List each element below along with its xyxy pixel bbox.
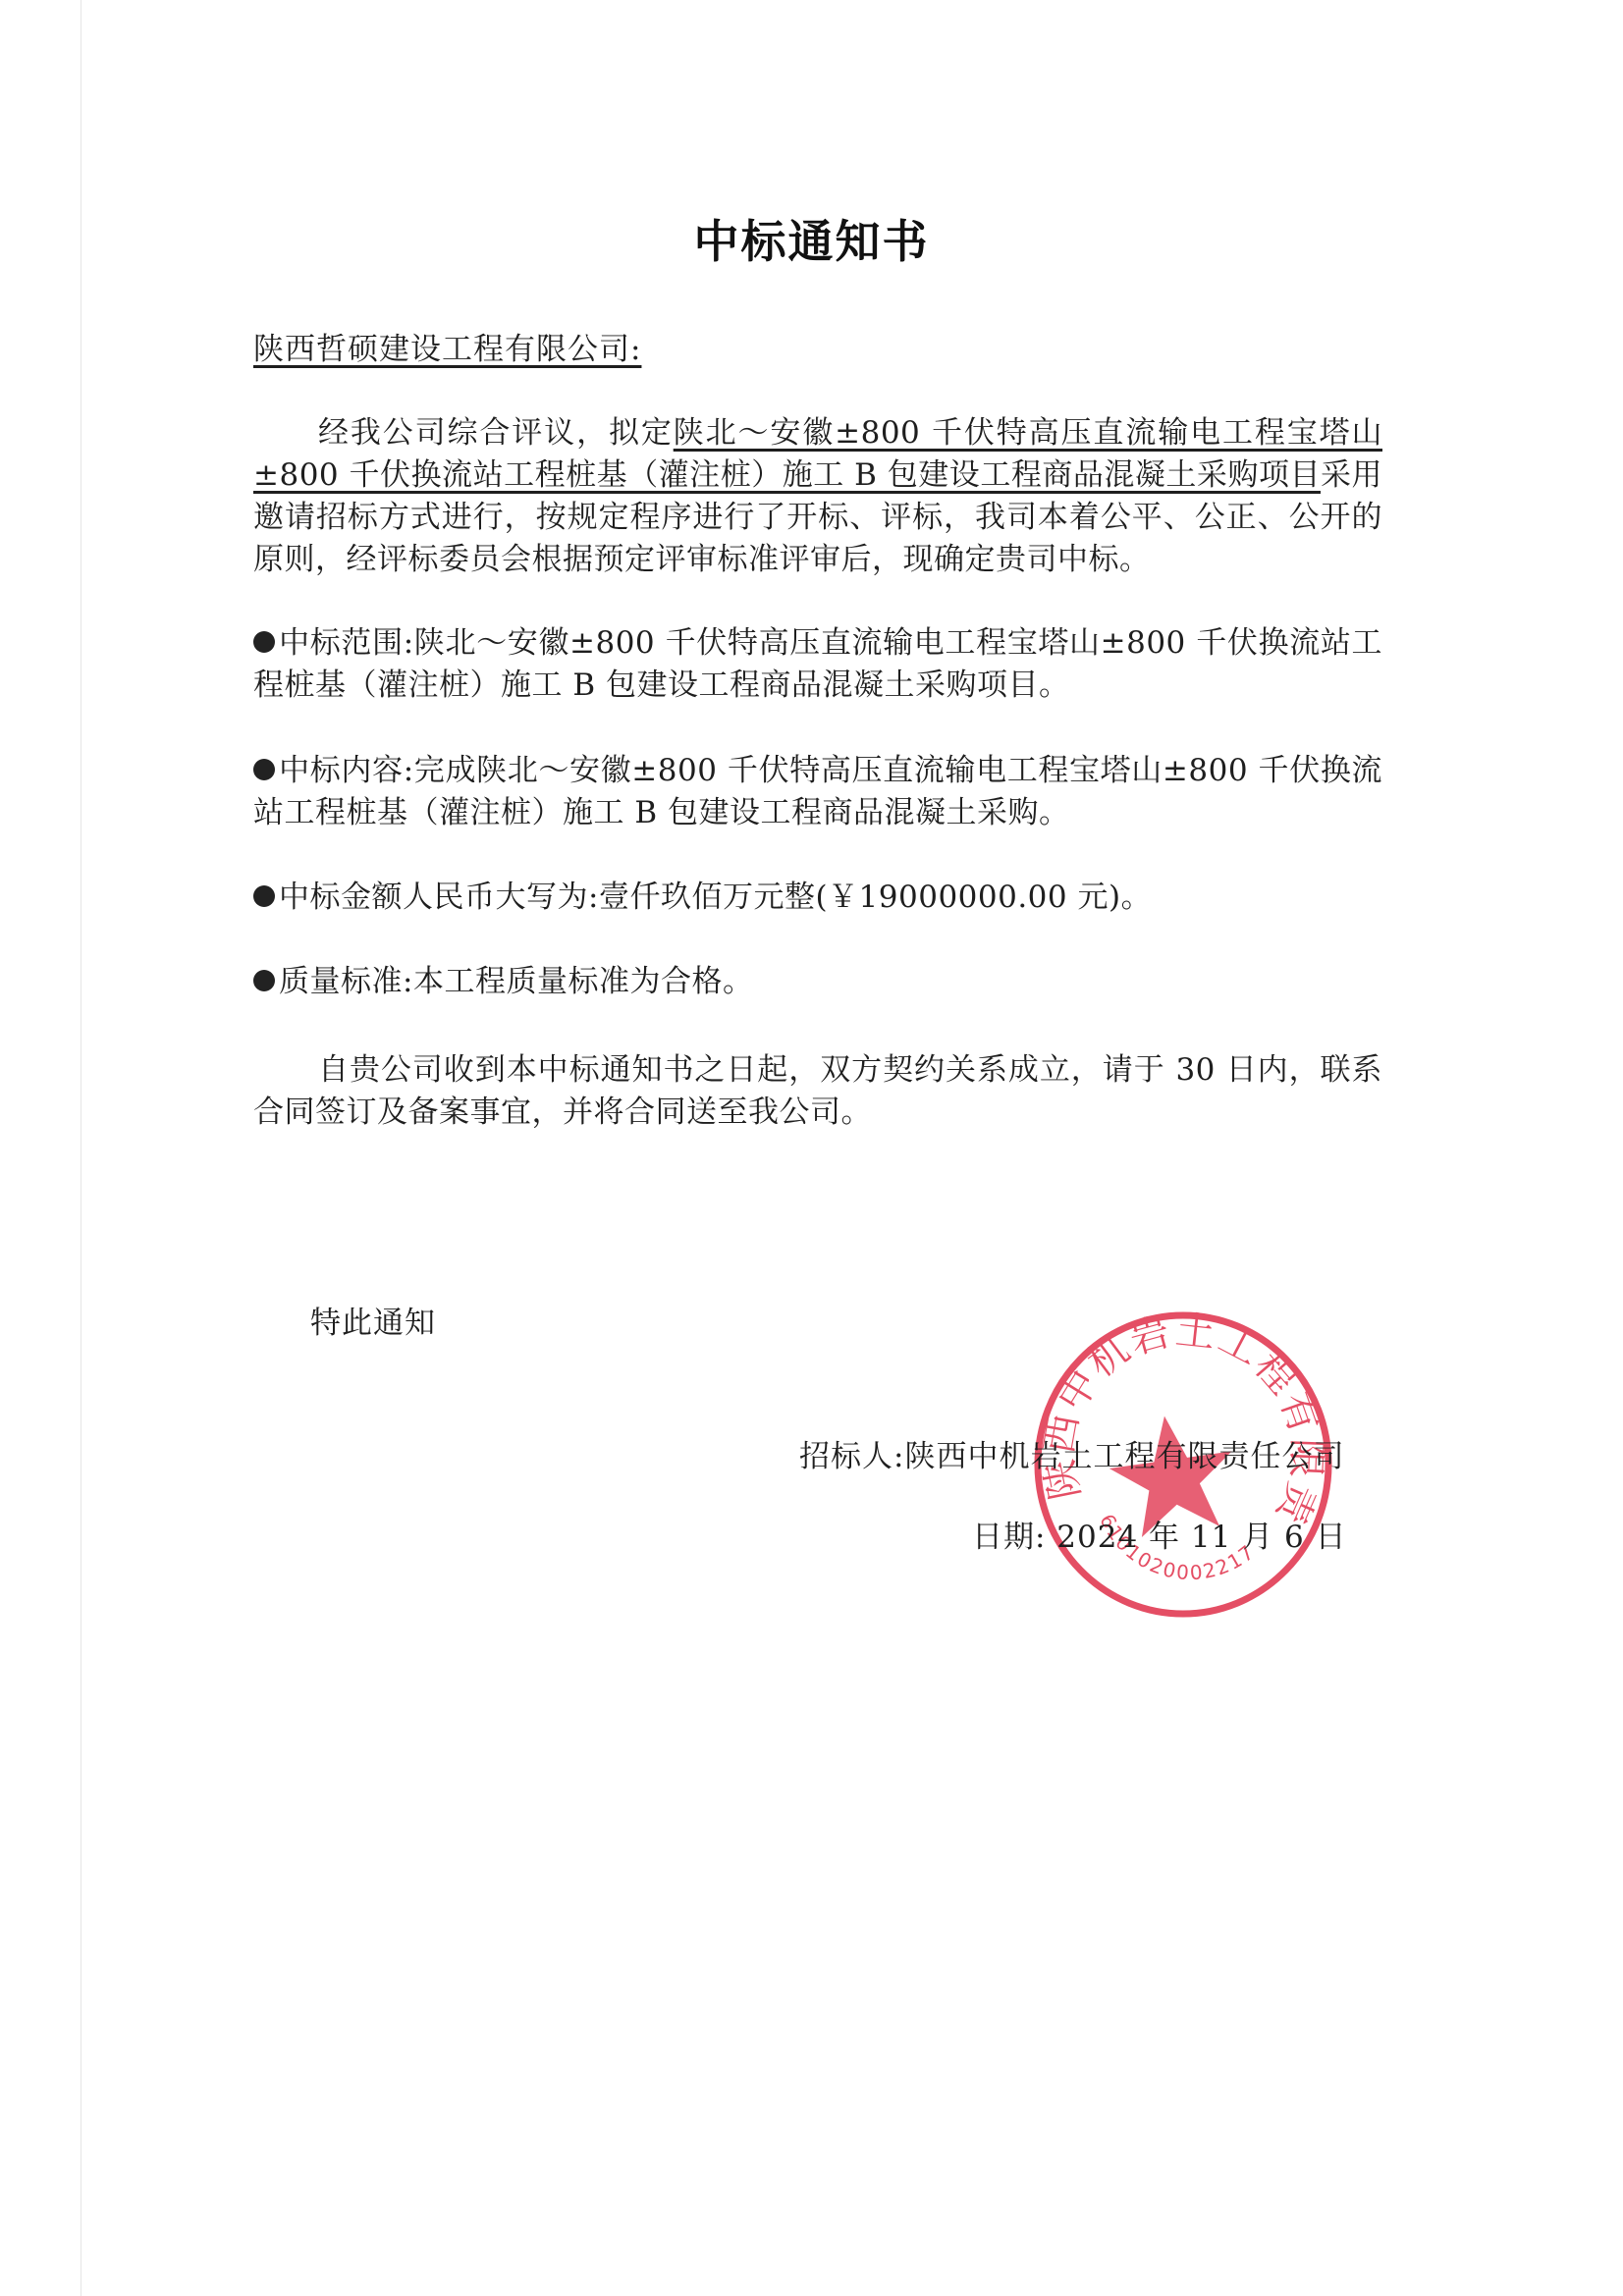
award-scope-label: 中标范围: bbox=[279, 625, 414, 661]
bullet-icon bbox=[253, 885, 275, 907]
award-amount-text: 壹仟玖佰万元整(￥19000000.00 元)。 bbox=[599, 880, 1152, 915]
award-amount-item: 中标金额人民币大写为:壹仟玖佰万元整(￥19000000.00 元)。 bbox=[253, 877, 1382, 919]
closing-phrase: 特此通知 bbox=[310, 1298, 436, 1342]
quality-standard-text: 本工程质量标准为合格。 bbox=[413, 964, 754, 999]
award-content-item: 中标内容:完成陕北～安徽±800 千伏特高压直流输电工程宝塔山±800 千伏换流… bbox=[253, 750, 1382, 834]
quality-standard-label: 质量标准: bbox=[279, 964, 413, 999]
intro-paragraph: 经我公司综合评议，拟定陕北～安徽±800 千伏特高压直流输电工程宝塔山±800 … bbox=[253, 412, 1382, 581]
bullet-icon bbox=[253, 759, 275, 780]
award-notice-page: 中标通知书 陕西哲硕建设工程有限公司: 经我公司综合评议，拟定陕北～安徽±800… bbox=[0, 0, 1623, 2296]
award-scope-text: 陕北～安徽±800 千伏特高压直流输电工程宝塔山±800 千伏换流站工程桩基（灌… bbox=[253, 625, 1382, 703]
document-title: 中标通知书 bbox=[0, 206, 1623, 271]
intro-prefix: 经我公司综合评议，拟定 bbox=[318, 415, 674, 451]
bullet-icon bbox=[253, 631, 275, 653]
issue-date: 日期: 2024 年 11 月 6 日 bbox=[972, 1512, 1347, 1556]
tenderer-signature-line: 招标人:陕西中机岩土工程有限责任公司 bbox=[799, 1431, 1344, 1475]
award-content-text: 完成陕北～安徽±800 千伏特高压直流输电工程宝塔山±800 千伏换流站工程桩基… bbox=[253, 753, 1382, 830]
award-scope-item: 中标范围:陕北～安徽±800 千伏特高压直流输电工程宝塔山±800 千伏换流站工… bbox=[253, 622, 1382, 707]
award-content-label: 中标内容: bbox=[279, 753, 414, 788]
recipient-company: 陕西哲硕建设工程有限公司: bbox=[253, 324, 641, 368]
award-amount-label: 中标金额人民币大写为: bbox=[279, 880, 599, 915]
contract-note-paragraph: 自贵公司收到本中标通知书之日起，双方契约关系成立，请于 30 日内，联系合同签订… bbox=[253, 1049, 1382, 1134]
quality-standard-item: 质量标准:本工程质量标准为合格。 bbox=[253, 961, 1382, 1003]
bullet-icon bbox=[253, 970, 275, 991]
